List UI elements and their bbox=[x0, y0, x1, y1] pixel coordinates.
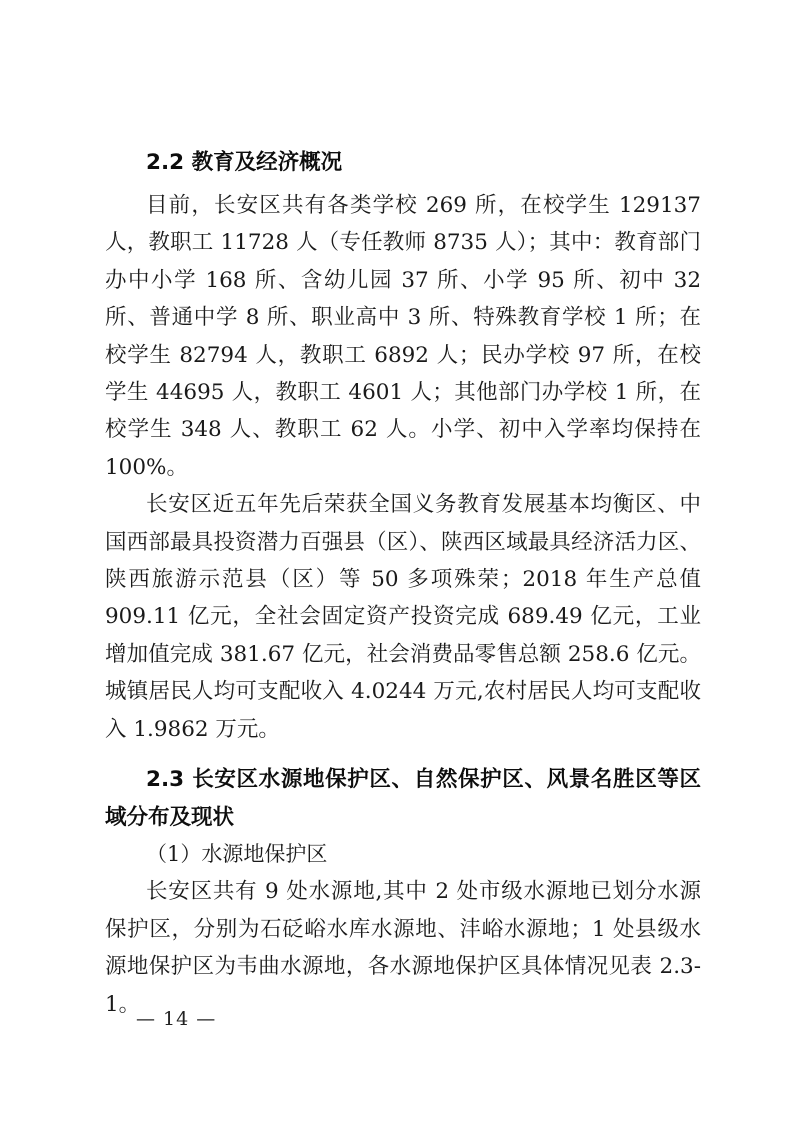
section-2-3-paragraph-1: 长安区共有 9 处水源地,其中 2 处市级水源地已划分水源保护区，分别为石砭峪水… bbox=[105, 873, 701, 1023]
document-page: 2.2 教育及经济概况 目前，长安区共有各类学校 269 所，在校学生 1291… bbox=[0, 0, 793, 1122]
section-2-2-paragraph-2: 长安区近五年先后荣获全国义务教育发展基本均衡区、中国西部最具投资潜力百强县（区）… bbox=[105, 486, 701, 748]
section-2-3-heading: 2.3 长安区水源地保护区、自然保护区、风景名胜区等区域分布及现状 bbox=[105, 761, 701, 836]
section-2-2-paragraph-1: 目前，长安区共有各类学校 269 所，在校学生 129137 人，教职工 117… bbox=[105, 187, 701, 486]
page-content: 2.2 教育及经济概况 目前，长安区共有各类学校 269 所，在校学生 1291… bbox=[105, 147, 701, 1023]
page-number: — 14 — bbox=[136, 1004, 216, 1034]
section-2-2-heading: 2.2 教育及经济概况 bbox=[105, 147, 701, 178]
subsection-1-water-source-heading: （1）水源地保护区 bbox=[105, 836, 701, 873]
